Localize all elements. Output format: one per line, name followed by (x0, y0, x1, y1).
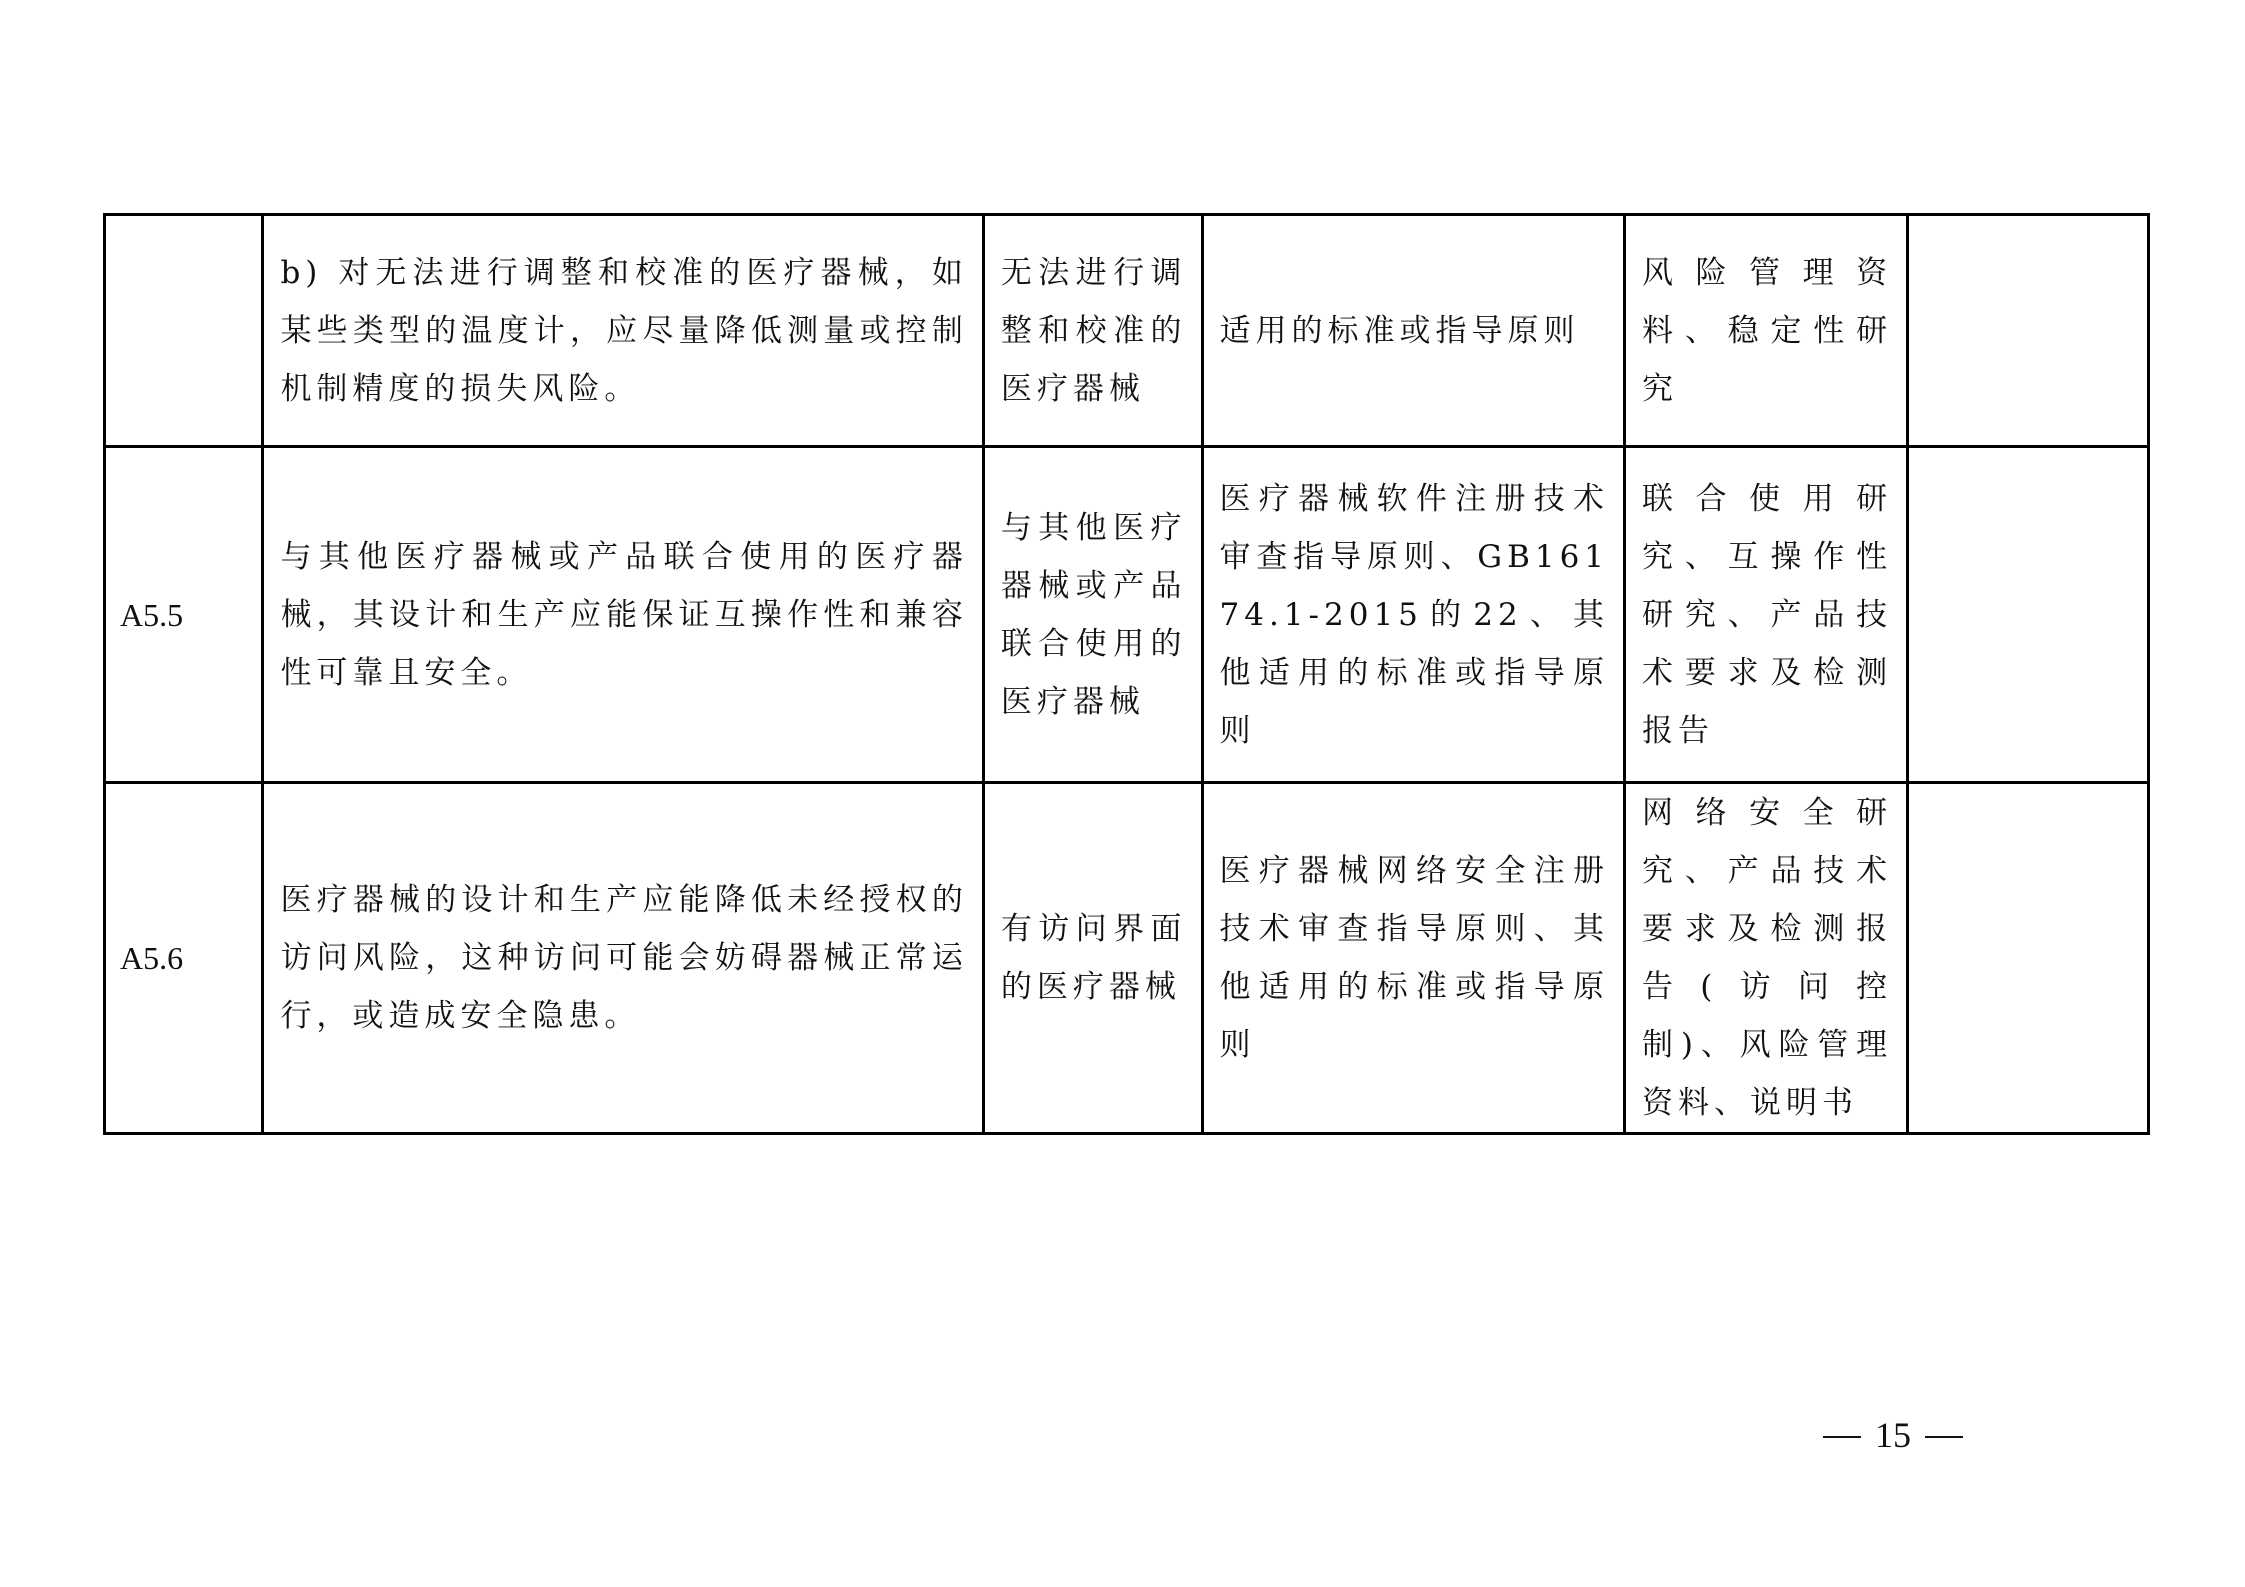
requirement-cell: 与其他医疗器械或产品联合使用的医疗器械，其设计和生产应能保证互操作性和兼容性可靠… (263, 447, 983, 783)
evidence-cell: 风险管理资料、稳定性研究 (1625, 215, 1908, 447)
standards-cell: 医疗器械软件注册技术审查指导原则、GB16174.1-2015的22、其他适用的… (1202, 447, 1625, 783)
table-row: b) 对无法进行调整和校准的医疗器械，如某些类型的温度计，应尽量降低测量或控制机… (105, 215, 2149, 447)
clause-code-cell: A5.6 (105, 783, 263, 1134)
table-row: A5.6 医疗器械的设计和生产应能降低未经授权的访问风险，这种访问可能会妨碍器械… (105, 783, 2149, 1134)
requirement-cell: 医疗器械的设计和生产应能降低未经授权的访问风险，这种访问可能会妨碍器械正常运行，… (263, 783, 983, 1134)
remarks-cell (1908, 447, 2149, 783)
page-footer: 15 (1823, 1414, 1963, 1456)
standards-cell: 适用的标准或指导原则 (1202, 215, 1625, 447)
table-row: A5.5 与其他医疗器械或产品联合使用的医疗器械，其设计和生产应能保证互操作性和… (105, 447, 2149, 783)
clause-code-cell: A5.5 (105, 447, 263, 783)
evidence-cell: 联合使用研究、互操作性研究、产品技术要求及检测报告 (1625, 447, 1908, 783)
standards-cell: 医疗器械网络安全注册技术审查指导原则、其他适用的标准或指导原则 (1202, 783, 1625, 1134)
page-number: 15 (1875, 1414, 1911, 1456)
requirements-table: b) 对无法进行调整和校准的医疗器械，如某些类型的温度计，应尽量降低测量或控制机… (103, 213, 2150, 1135)
clause-code-cell (105, 215, 263, 447)
applicability-cell: 与其他医疗器械或产品联合使用的医疗器械 (983, 447, 1202, 783)
applicability-cell: 无法进行调整和校准的医疗器械 (983, 215, 1202, 447)
right-dash-divider (1925, 1436, 1963, 1438)
remarks-cell (1908, 215, 2149, 447)
requirement-cell: b) 对无法进行调整和校准的医疗器械，如某些类型的温度计，应尽量降低测量或控制机… (263, 215, 983, 447)
applicability-cell: 有访问界面的医疗器械 (983, 783, 1202, 1134)
document-page: b) 对无法进行调整和校准的医疗器械，如某些类型的温度计，应尽量降低测量或控制机… (0, 0, 2245, 1587)
left-dash-divider (1823, 1436, 1861, 1438)
evidence-cell: 网络安全研究、产品技术要求及检测报告(访问控制)、风险管理资料、说明书 (1625, 783, 1908, 1134)
remarks-cell (1908, 783, 2149, 1134)
